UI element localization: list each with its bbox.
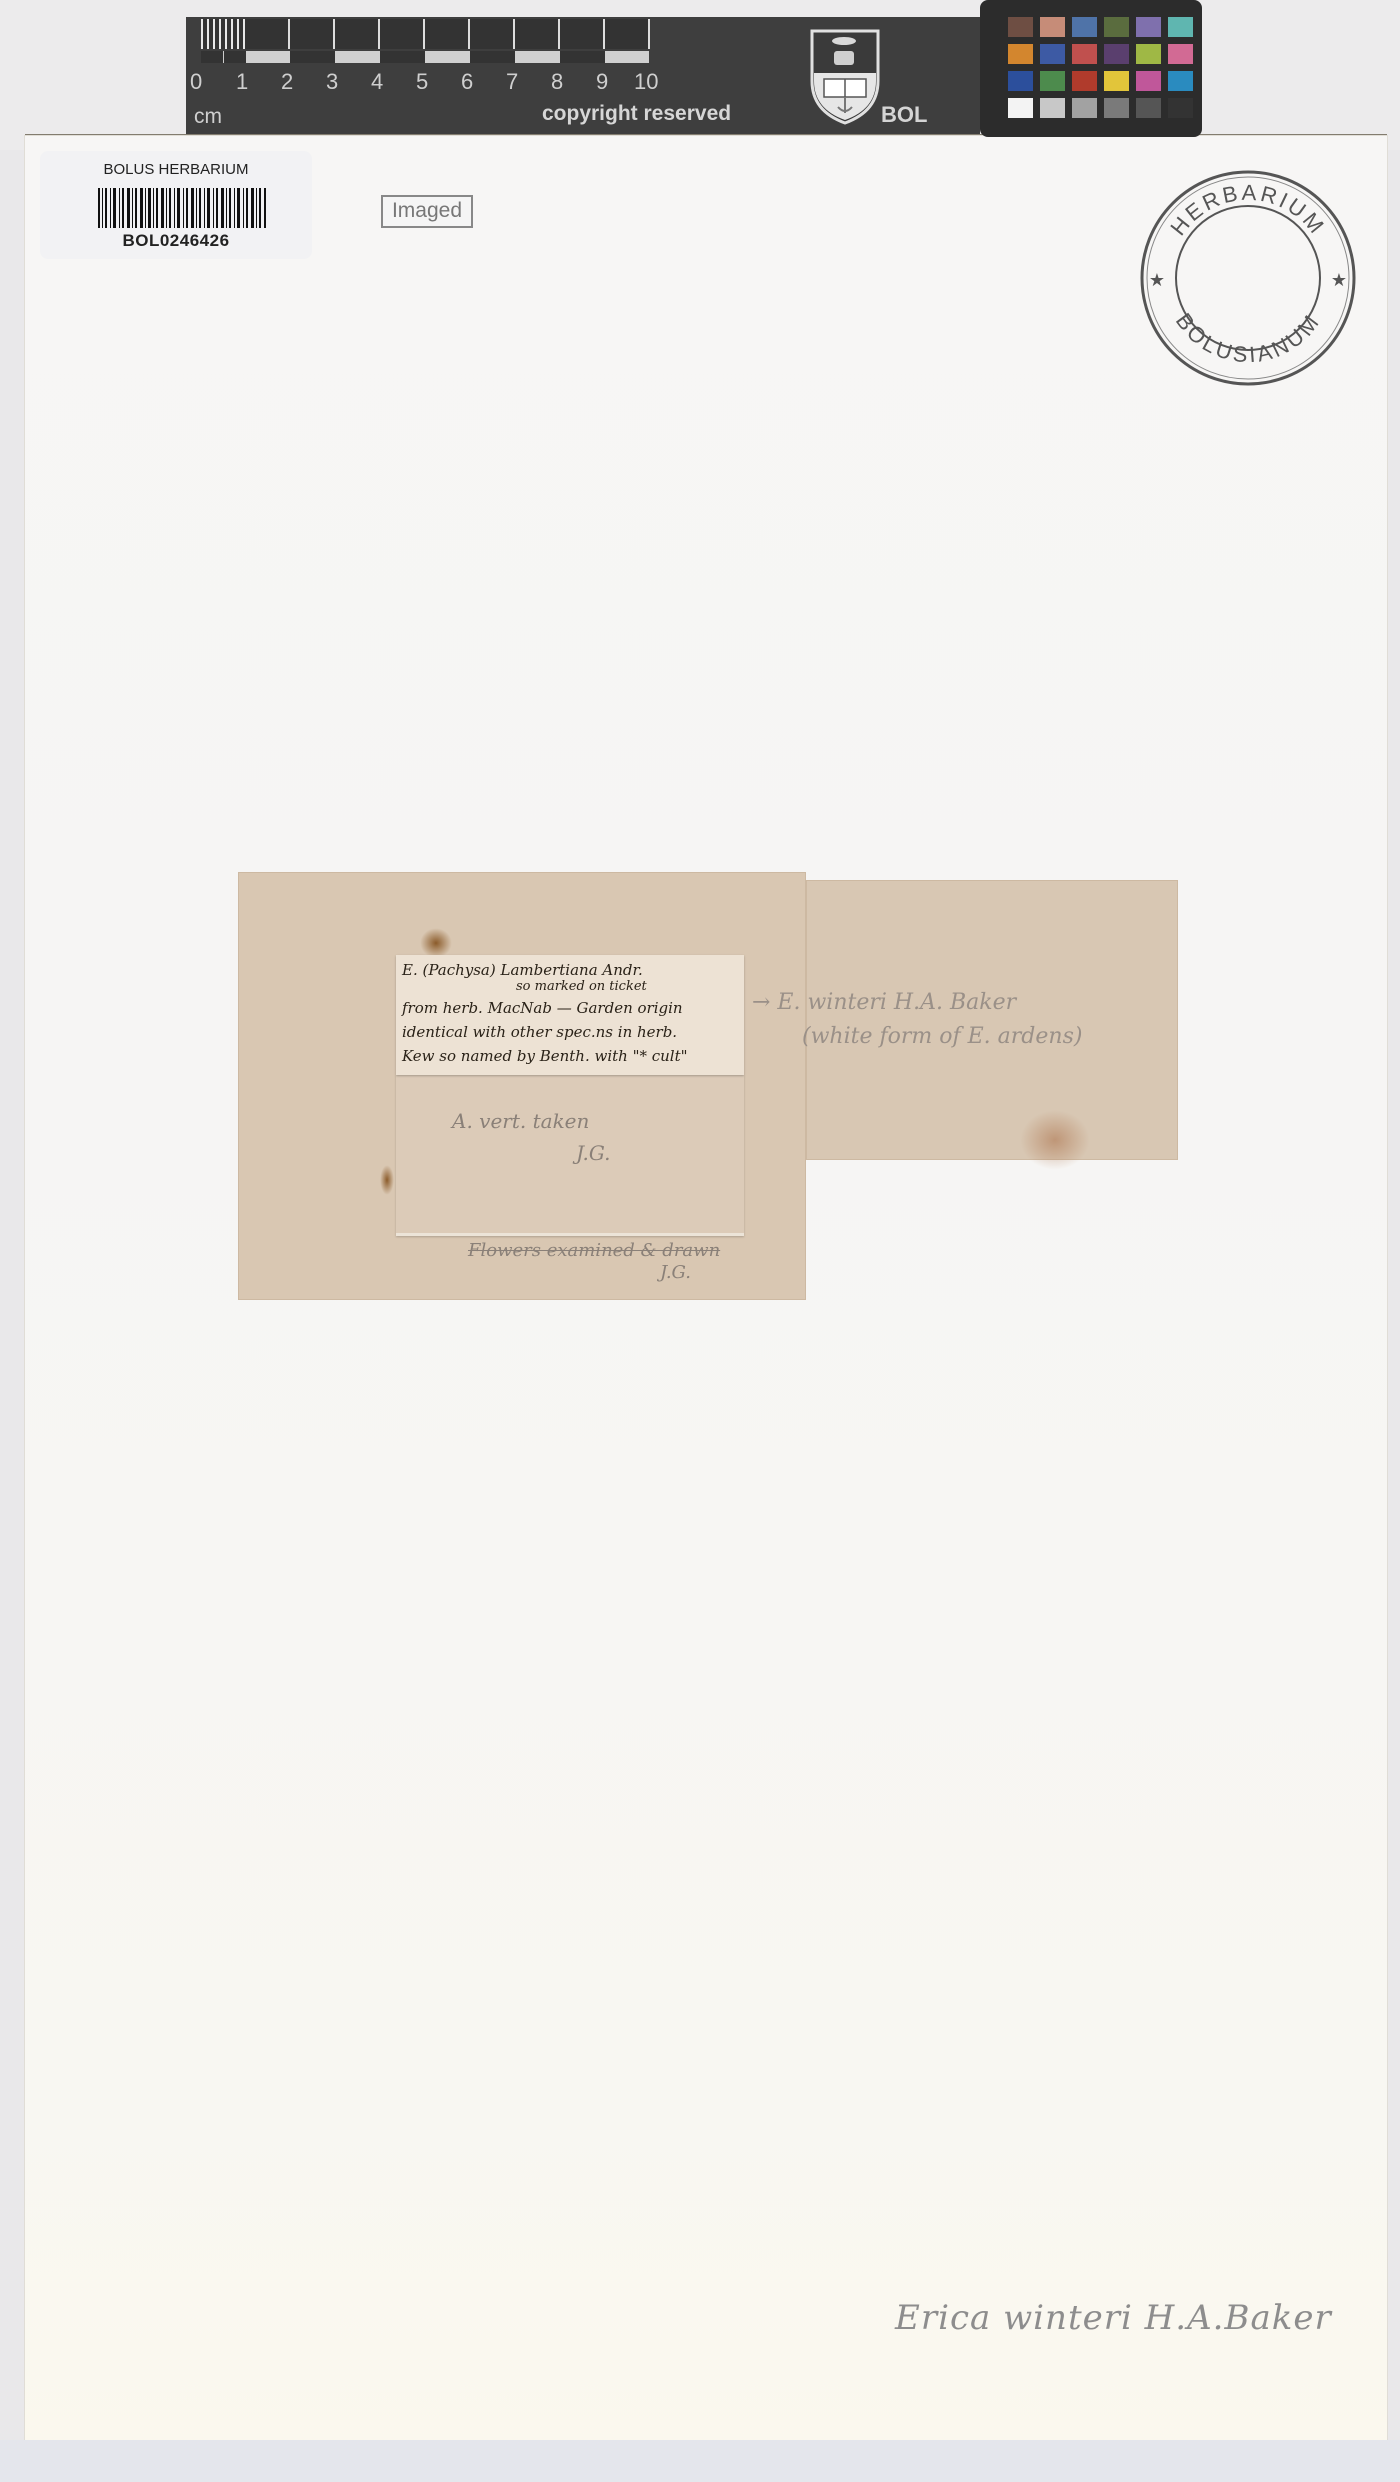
color-swatch [1136,98,1161,118]
color-swatch [1072,98,1097,118]
specimen-mount-extension [806,880,1178,1160]
ruler-cell [560,19,605,49]
stamp-bottom-text: BOLUSIANUM [1171,308,1325,367]
ruler-band [605,51,649,63]
color-swatch [1136,44,1161,64]
redetermination-note: → E. winteri H.A. Baker [752,990,1016,1015]
scan-background-bottom [0,2440,1400,2482]
ruler-band [201,51,224,63]
ruler-number: 1 [236,69,248,95]
university-crest-icon [810,29,880,125]
color-swatch [1040,98,1065,118]
color-swatch [1072,17,1097,37]
color-swatch [1168,44,1193,64]
color-swatch [1136,71,1161,91]
color-swatch [1104,71,1129,91]
catalog-number: BOL0246426 [40,231,312,251]
color-swatch [1104,98,1129,118]
ruler-number: 6 [461,69,473,95]
barcode-label: BOLUS HERBARIUM BOL0246426 [40,151,312,259]
ruler-number: 4 [371,69,383,95]
ruler-band [470,51,515,63]
redetermination-comment: (white form of E. ardens) [802,1024,1082,1049]
color-swatch [1104,17,1129,37]
ruler-number: 2 [281,69,293,95]
struck-through-note: Flowers examined & drawn [468,1240,720,1261]
ruler-band [515,51,560,63]
color-swatch [1072,44,1097,64]
copyright-notice: copyright reserved [542,102,731,126]
color-swatch [1008,71,1033,91]
ruler-band [425,51,470,63]
ruler-cell [380,19,425,49]
ruler-scale-bar [201,19,649,64]
millimetre-ticks [201,19,246,49]
color-swatch [1136,17,1161,37]
ruler-number: 10 [634,69,658,95]
ruler-band [246,51,290,63]
color-swatch [1040,44,1065,64]
color-swatch [1040,71,1065,91]
ruler-band [380,51,425,63]
ruler-band [560,51,605,63]
label-line: so marked on ticket [516,979,647,994]
ruler-cell [335,19,380,49]
label-line: E. (Pachysa) Lambertiana Andr. [402,961,643,979]
barcode-icon [98,188,266,228]
color-swatch [1168,71,1193,91]
herbarium-name: BOLUS HERBARIUM [40,161,312,178]
ruler-number: 9 [596,69,608,95]
glue-stain [420,928,452,958]
ruler-number: 7 [506,69,518,95]
ruler-band [224,51,246,63]
color-swatch [1168,98,1193,118]
ruler-unit-label: cm [194,105,222,129]
label-line: identical with other spec.ns in herb. [402,1023,677,1041]
color-swatch [1008,98,1033,118]
ruler-number: 5 [416,69,428,95]
label-line: from herb. MacNab — Garden origin [402,999,683,1017]
ruler-number: 0 [190,69,202,95]
stamp-star-left-icon: ★ [1149,270,1165,290]
ruler-number: 8 [551,69,563,95]
ruler-cell [246,19,290,49]
color-swatch [1008,17,1033,37]
color-swatch [1168,17,1193,37]
stamp-star-right-icon: ★ [1331,270,1347,290]
fragment-packet[interactable]: A. vert. taken J.G. [396,1075,744,1236]
color-swatch [1008,44,1033,64]
herbarium-bolusianum-stamp-icon: HERBARIUM BOLUSIANUM ★ ★ [1138,168,1358,388]
color-swatch [1040,17,1065,37]
ruler-number: 3 [326,69,338,95]
species-determination: Erica winteri H.A.Baker [895,2298,1332,2338]
cm-scale-ruler: 0 1 2 3 4 5 6 7 8 9 10 cm copyright rese… [186,17,798,134]
glue-stain [380,1165,394,1195]
ruler-cell [605,19,650,49]
ruler-cell [470,19,515,49]
color-calibration-chart [980,0,1202,137]
bol-logo-text: BOL [881,102,927,128]
struck-note-initials: J.G. [660,1262,691,1283]
color-swatch [1104,44,1129,64]
color-swatch [1072,71,1097,91]
svg-text:BOLUSIANUM: BOLUSIANUM [1171,308,1325,367]
glue-stain [1020,1110,1090,1170]
ruler-cell [425,19,470,49]
historic-handwritten-label: E. (Pachysa) Lambertiana Andr. so marked… [396,955,744,1075]
packet-note: A. vert. taken [452,1109,589,1133]
packet-initials: J.G. [576,1141,610,1165]
ruler-numbers: 0 1 2 3 4 5 6 7 8 9 10 [190,69,660,99]
imaged-stamp: Imaged [381,195,473,228]
ruler-cell [515,19,560,49]
label-line: Kew so named by Benth. with "* cult" [402,1047,688,1065]
ruler-band [290,51,335,63]
ruler-band [335,51,380,63]
institution-logo-block: BOL [798,17,980,134]
ruler-cell [290,19,335,49]
